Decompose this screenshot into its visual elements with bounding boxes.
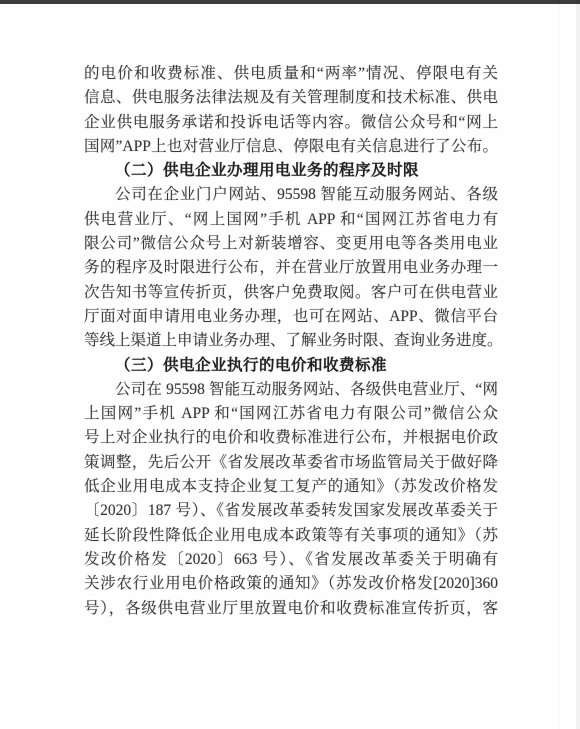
scan-edge-right: [576, 0, 580, 729]
document-page: 的电价和收费标准、供电质量和“两率”情况、停限电有关信息、供电服务法律法规及有关…: [0, 0, 580, 729]
text-line: 等线上渠道上申请业务办理、了解业务时限、查询业务进度。: [84, 329, 498, 353]
text-line: 上国网”手机 APP 和“国网江苏省电力有限公司”微信公众: [84, 402, 498, 426]
text-line: 供电营业厅、“网上国网”手机 APP 和“国网江苏省电力有: [84, 208, 498, 232]
text-line: 策调整，先后公开《省发展改革委省市场监管局关于做好降: [84, 451, 498, 475]
text-line: 国网”APP上也对营业厅信息、停限电有关信息进行了公布。: [84, 135, 498, 159]
text-line: 公司在 95598 智能互动服务网站、各级供电营业厅、“网: [84, 378, 498, 402]
text-line: 号上对企业执行的电价和收费标准进行公布，并根据电价政: [84, 426, 498, 450]
scan-seam: [558, 0, 560, 729]
section-heading: （三）供电企业执行的电价和收费标准: [84, 354, 498, 378]
text-line: 务的程序及时限进行公布，并在营业厅放置用电业务办理一: [84, 256, 498, 280]
text-line: 号），各级供电营业厅里放置电价和收费标准宣传折页，客: [84, 597, 498, 621]
text-line: 信息、供电服务法律法规及有关管理制度和技术标准、供电: [84, 86, 498, 110]
text-line: 〔2020〕187 号）、《省发展改革委转发国家发展改革委关于: [84, 499, 498, 523]
text-line: 的电价和收费标准、供电质量和“两率”情况、停限电有关: [84, 62, 498, 86]
text-line: 关涉农行业用电价格政策的通知》（苏发改价格发[2020]360: [84, 572, 498, 596]
text-line: 企业供电服务承诺和投诉电话等内容。微信公众号和“网上: [84, 111, 498, 135]
text-line: 公司在企业门户网站、95598 智能互动服务网站、各级: [84, 183, 498, 207]
text-line: 限公司”微信公众号上对新装增容、变更用电等各类用电业: [84, 232, 498, 256]
scan-edge-top: [0, 0, 580, 4]
document-body: 的电价和收费标准、供电质量和“两率”情况、停限电有关信息、供电服务法律法规及有关…: [84, 62, 498, 621]
text-line: 次告知书等宣传折页，供客户免费取阅。客户可在供电营业: [84, 281, 498, 305]
text-line: 低企业用电成本支持企业复工复产的通知》（苏发改价格发: [84, 475, 498, 499]
text-line: 发改价格发〔2020〕663 号）、《省发展改革委关于明确有: [84, 548, 498, 572]
text-line: 延长阶段性降低企业用电成本政策等有关事项的通知》（苏: [84, 524, 498, 548]
text-line: 厅面对面申请用电业务办理，也可在网站、APP、微信平台: [84, 305, 498, 329]
section-heading: （二）供电企业办理用电业务的程序及时限: [84, 159, 498, 183]
